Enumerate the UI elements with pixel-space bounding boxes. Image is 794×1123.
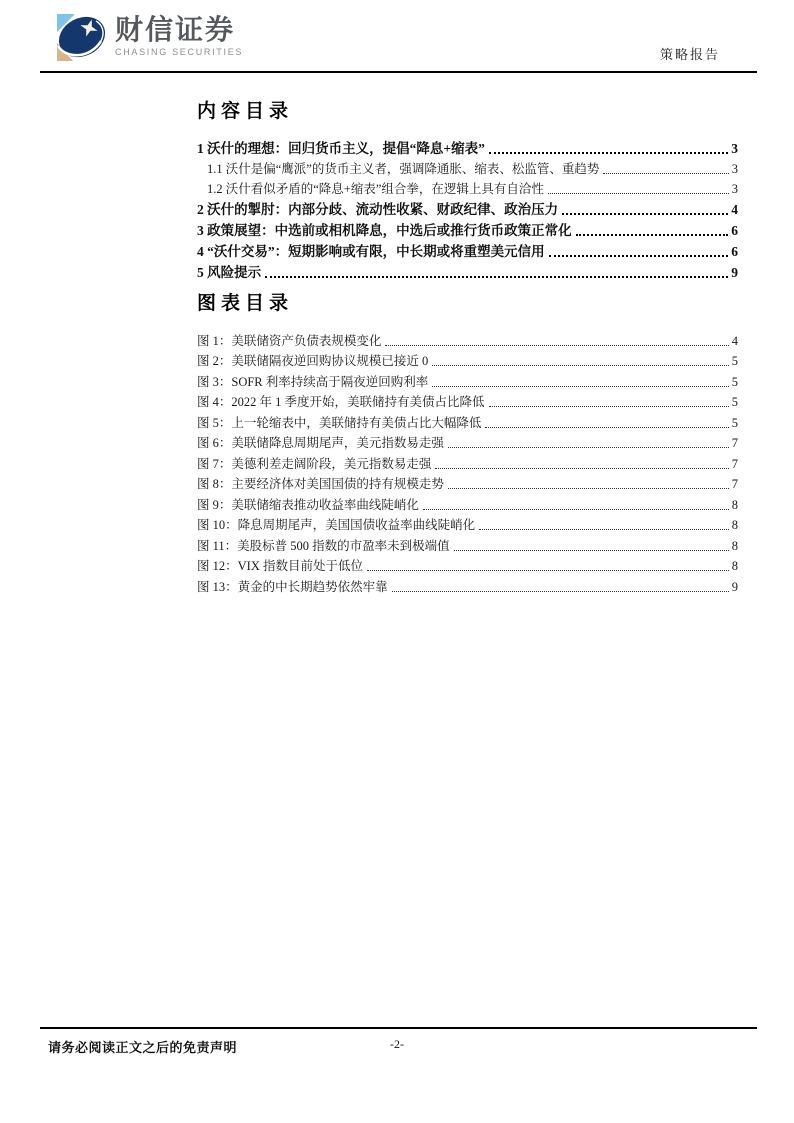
toc-entry[interactable]: 1 沃什的理想：回归货币主义，提倡“降息+缩表” 3 [197, 136, 738, 157]
toc-entry[interactable]: 1.2 沃什看似矛盾的“降息+缩表”组合拳，在逻辑上具有自洽性 3 [197, 177, 738, 197]
toc-list: 1 沃什的理想：回归货币主义，提倡“降息+缩表” 3 1.1 沃什是偏“鹰派”的… [197, 136, 738, 281]
dotted-leader [392, 591, 729, 592]
dotted-leader [454, 550, 729, 551]
dotted-leader [448, 488, 729, 489]
brand-name-cn: 财信证券 [115, 15, 243, 45]
dotted-leader [435, 468, 728, 469]
dotted-leader [265, 276, 728, 278]
toc-entry[interactable]: 4 “沃什交易”：短期影响或有限，中长期或将重塑美元信用 6 [197, 239, 738, 260]
report-page: 财信证券 CHASING SECURITIES 策略报告 内容目录 1 沃什的理… [0, 0, 794, 1123]
brand-text: 财信证券 CHASING SECURITIES [115, 15, 243, 57]
toc-entry-label: 4 “沃什交易”：短期影响或有限，中长期或将重塑美元信用 [197, 240, 545, 260]
toc-entry-label: 1 沃什的理想：回归货币主义，提倡“降息+缩表” [197, 137, 485, 157]
dotted-leader [432, 365, 728, 366]
toc-title: 内容目录 [197, 101, 738, 123]
figure-entry-page: 8 [732, 518, 738, 533]
toc-entry[interactable]: 1.1 沃什是偏“鹰派”的货币主义者，强调降通胀、缩表、松监管、重趋势 3 [197, 157, 738, 177]
toc-entry-label: 5 风险提示 [197, 261, 261, 281]
figure-entry[interactable]: 图 13：黄金的中长期趋势依然牢靠 9 [197, 574, 738, 595]
figure-entry-page: 5 [732, 416, 738, 431]
figure-entry-label: 图 3：SOFR 利率持续高于隔夜逆回购利率 [197, 372, 428, 390]
figure-entry-page: 4 [732, 334, 738, 349]
figure-entry[interactable]: 图 7：美德利差走阔阶段，美元指数易走强 7 [197, 451, 738, 472]
brand-name-en: CHASING SECURITIES [115, 47, 243, 57]
figure-entry-page: 7 [732, 477, 738, 492]
dotted-leader [479, 529, 729, 530]
dotted-leader [549, 255, 729, 257]
figure-entry-page: 9 [732, 580, 738, 595]
figure-entry-label: 图 13：黄金的中长期趋势依然牢靠 [197, 577, 388, 595]
dotted-leader [432, 386, 728, 387]
figure-entry-label: 图 5：上一轮缩表中，美联储持有美债占比大幅降低 [197, 413, 481, 431]
toc-content: 内容目录 1 沃什的理想：回归货币主义，提倡“降息+缩表” 3 1.1 沃什是偏… [197, 101, 738, 595]
chasing-securities-logo-icon [56, 13, 106, 62]
figure-entry-label: 图 9：美联储缩表推动收益率曲线陡峭化 [197, 495, 419, 513]
figure-entry-page: 8 [732, 539, 738, 554]
figure-entry[interactable]: 图 1：美联储资产负债表规模变化 4 [197, 328, 738, 349]
header-divider [40, 71, 757, 73]
figure-entry-label: 图 6：美联储降息周期尾声，美元指数易走强 [197, 433, 444, 451]
figure-entry-page: 5 [732, 395, 738, 410]
figure-entry-label: 图 7：美德利差走阔阶段，美元指数易走强 [197, 454, 431, 472]
figure-entry[interactable]: 图 12：VIX 指数目前处于低位 8 [197, 554, 738, 575]
figure-entry-page: 8 [732, 559, 738, 574]
figure-entry-page: 8 [732, 498, 738, 513]
dotted-leader [385, 345, 728, 346]
figure-entry-page: 7 [732, 436, 738, 451]
figure-entry-label: 图 12：VIX 指数目前处于低位 [197, 556, 363, 574]
dotted-leader [603, 173, 728, 174]
dotted-leader [367, 570, 729, 571]
figure-entry[interactable]: 图 5：上一轮缩表中，美联储持有美债占比大幅降低 5 [197, 410, 738, 431]
figure-entry[interactable]: 图 3：SOFR 利率持续高于隔夜逆回购利率 5 [197, 369, 738, 390]
figure-entry-page: 5 [732, 375, 738, 390]
figure-entry-label: 图 4：2022 年 1 季度开始，美联储持有美债占比降低 [197, 392, 485, 410]
dotted-leader [448, 447, 729, 448]
page-number: -2- [0, 1037, 794, 1052]
toc-entry[interactable]: 5 风险提示 9 [197, 260, 738, 281]
toc-entry[interactable]: 3 政策展望：中选前或相机降息，中选后或推行货币政策正常化 6 [197, 218, 738, 239]
dotted-leader [576, 234, 729, 236]
toc-entry-label: 2 沃什的掣肘：内部分歧、流动性收紧、财政纪律、政治压力 [197, 198, 558, 218]
figure-entry[interactable]: 图 2：美联储隔夜逆回购协议规模已接近 0 5 [197, 349, 738, 370]
figure-entry-label: 图 11：美股标普 500 指数的市盈率未到极端值 [197, 536, 450, 554]
figure-entry[interactable]: 图 4：2022 年 1 季度开始，美联储持有美债占比降低 5 [197, 390, 738, 411]
figure-entry-label: 图 8：主要经济体对美国国债的持有规模走势 [197, 474, 444, 492]
toc-entry-label: 1.1 沃什是偏“鹰派”的货币主义者，强调降通胀、缩表、松监管、重趋势 [207, 159, 599, 177]
figure-entry-page: 5 [732, 354, 738, 369]
toc-entry-page: 3 [732, 162, 738, 177]
figure-entry[interactable]: 图 8：主要经济体对美国国债的持有规模走势 7 [197, 472, 738, 493]
toc-entry-page: 3 [732, 182, 738, 197]
figure-entry-label: 图 1：美联储资产负债表规模变化 [197, 331, 381, 349]
toc-entry[interactable]: 2 沃什的掣肘：内部分歧、流动性收紧、财政纪律、政治压力 4 [197, 197, 738, 218]
footer-divider [40, 1027, 757, 1029]
dotted-leader [489, 152, 728, 154]
figure-entry[interactable]: 图 10：降息周期尾声，美国国债收益率曲线陡峭化 8 [197, 513, 738, 534]
figures-title: 图表目录 [197, 293, 738, 315]
dotted-leader [423, 509, 729, 510]
figure-entry-label: 图 2：美联储隔夜逆回购协议规模已接近 0 [197, 351, 428, 369]
toc-entry-label: 3 政策展望：中选前或相机降息，中选后或推行货币政策正常化 [197, 219, 572, 239]
dotted-leader [548, 193, 729, 194]
dotted-leader [562, 213, 728, 215]
dotted-leader [485, 427, 728, 428]
page-footer: 请务必阅读正文之后的免责声明 -2- [0, 1037, 794, 1055]
figure-entry[interactable]: 图 9：美联储缩表推动收益率曲线陡峭化 8 [197, 492, 738, 513]
brand-logo: 财信证券 CHASING SECURITIES [56, 13, 243, 62]
figure-list: 图 1：美联储资产负债表规模变化 4 图 2：美联储隔夜逆回购协议规模已接近 0… [197, 328, 738, 595]
figure-entry[interactable]: 图 6：美联储降息周期尾声，美元指数易走强 7 [197, 431, 738, 452]
toc-entry-page: 3 [731, 141, 738, 157]
toc-entry-page: 4 [731, 202, 738, 218]
figure-entry-label: 图 10：降息周期尾声，美国国债收益率曲线陡峭化 [197, 515, 475, 533]
dotted-leader [489, 406, 729, 407]
figure-entry-page: 7 [732, 457, 738, 472]
toc-entry-page: 6 [731, 244, 738, 260]
toc-entry-page: 9 [731, 265, 738, 281]
figure-entry[interactable]: 图 11：美股标普 500 指数的市盈率未到极端值 8 [197, 533, 738, 554]
report-type-label: 策略报告 [660, 44, 720, 63]
toc-entry-label: 1.2 沃什看似矛盾的“降息+缩表”组合拳，在逻辑上具有自洽性 [207, 179, 544, 197]
toc-entry-page: 6 [731, 223, 738, 239]
